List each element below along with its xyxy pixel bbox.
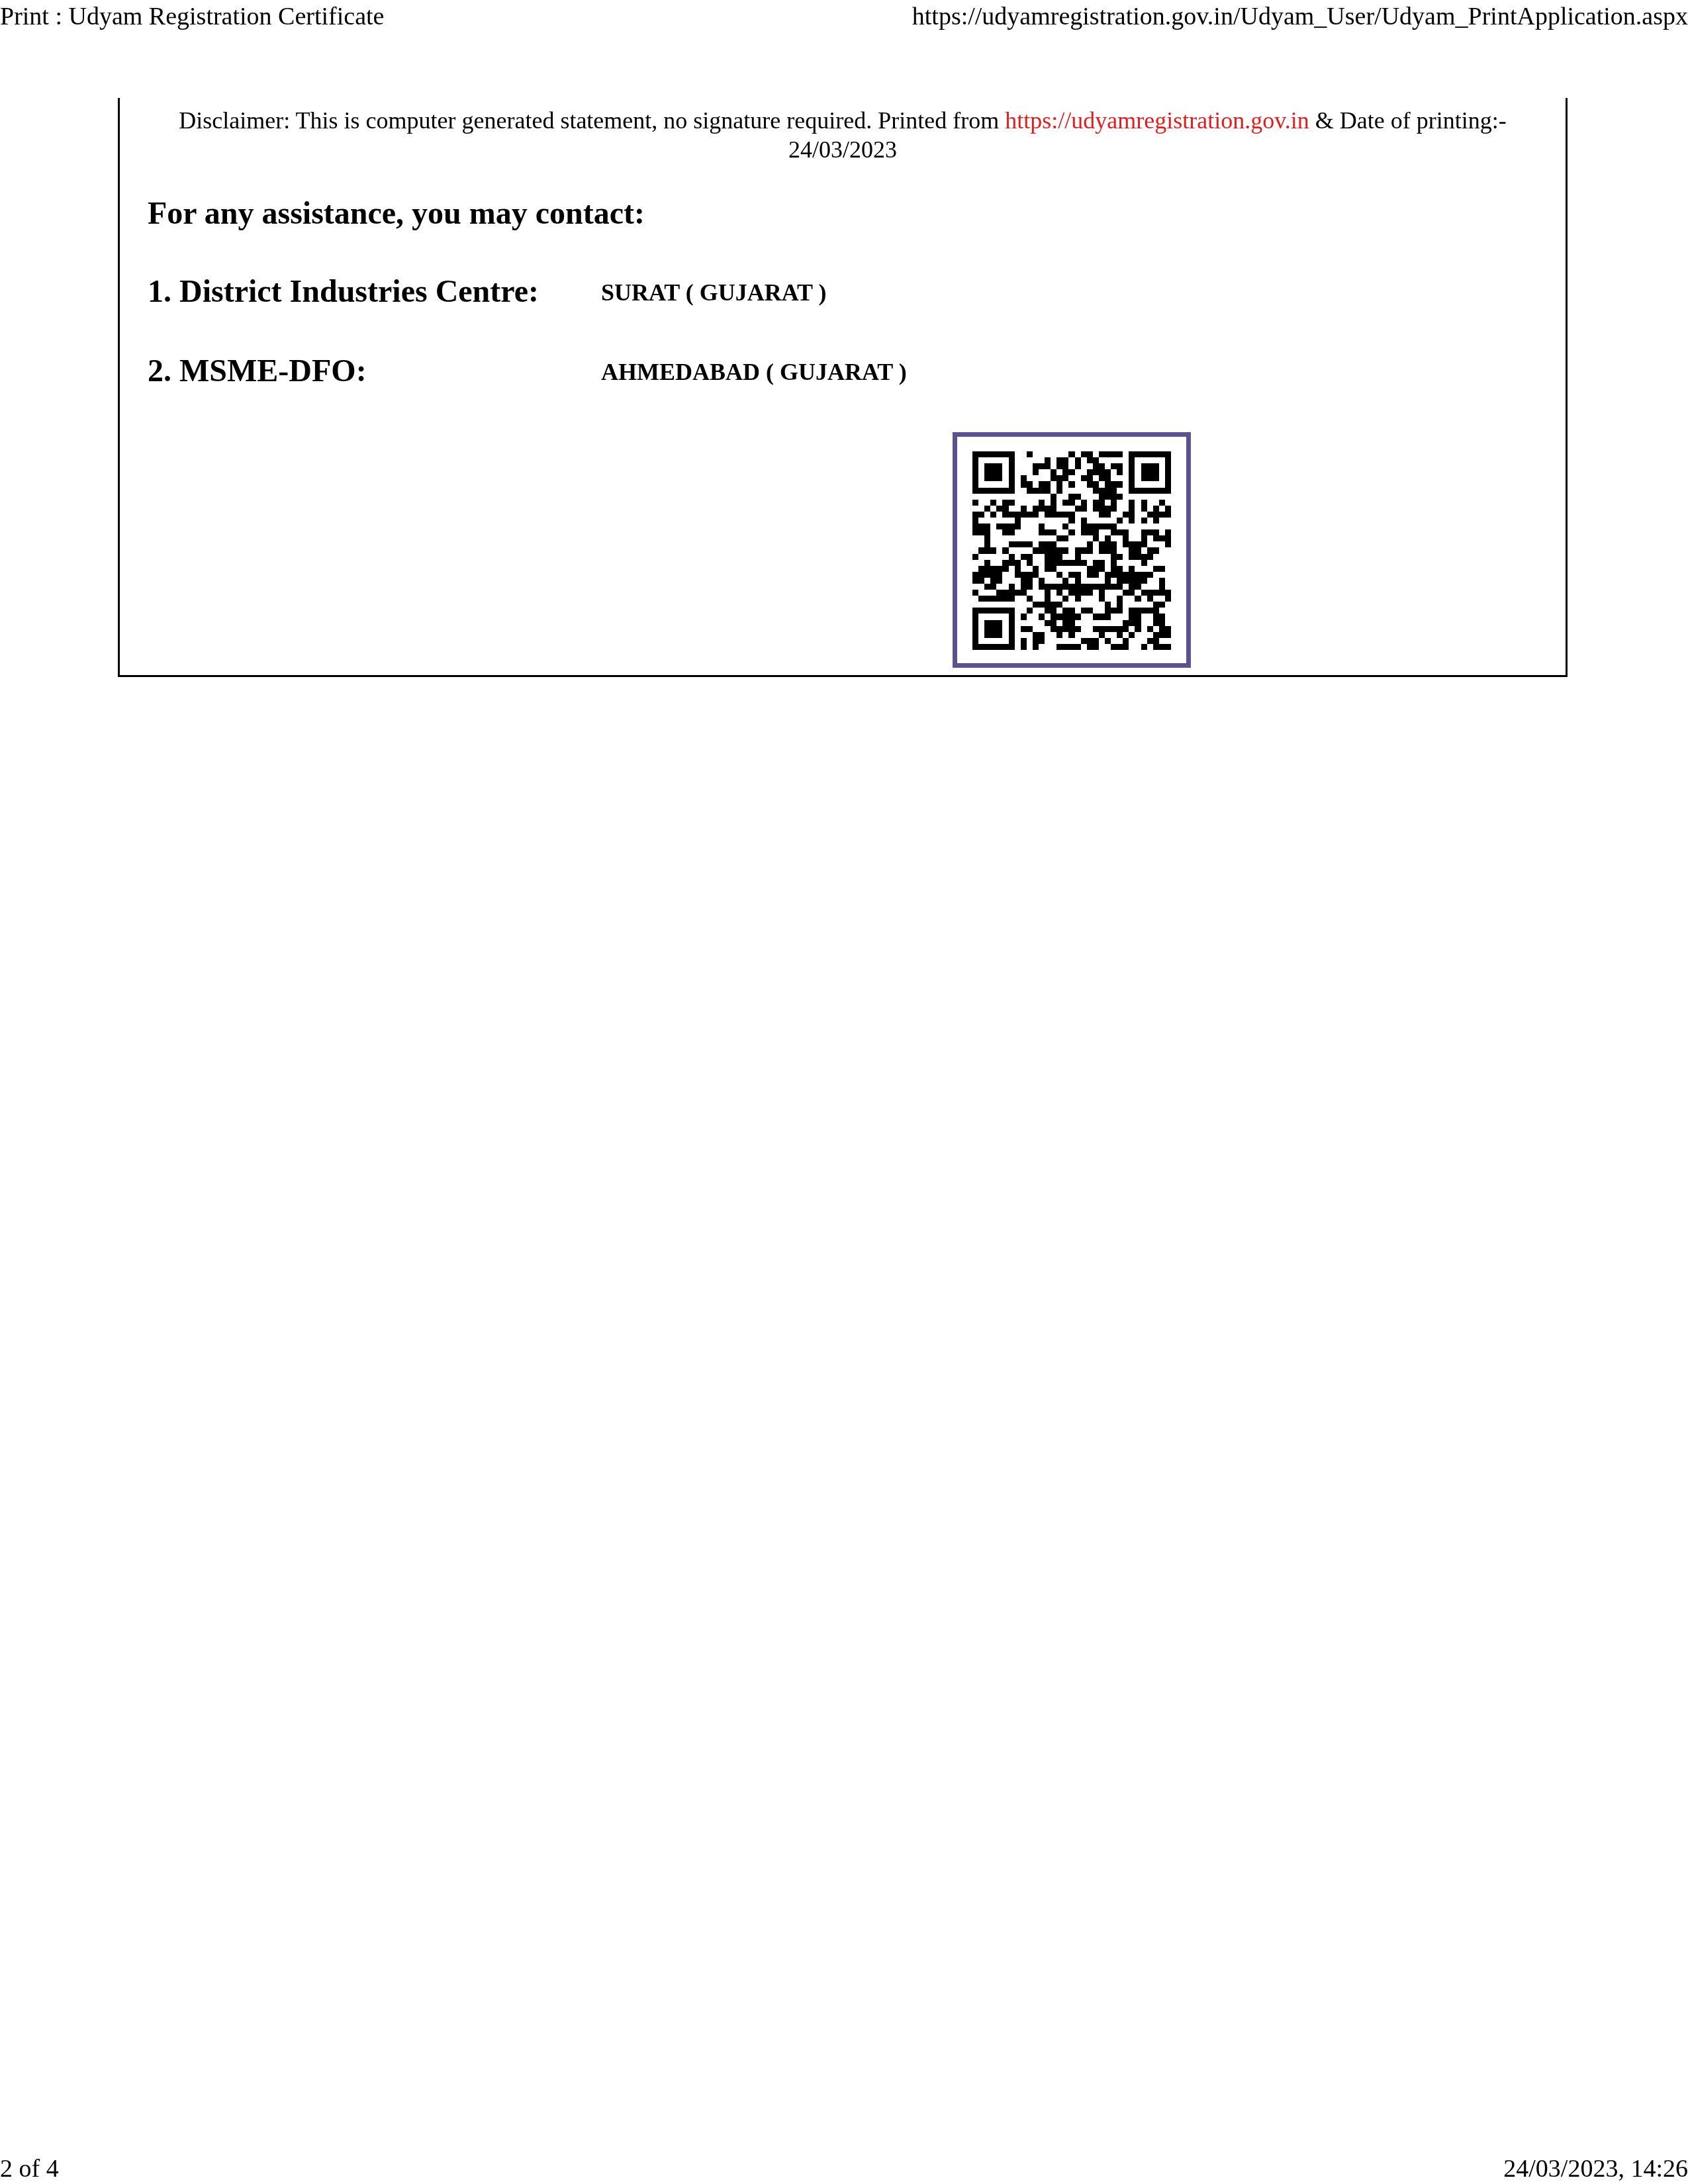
disclaimer: Disclaimer: This is computer generated s… bbox=[146, 106, 1539, 164]
contact-label: 2. MSME-DFO: bbox=[148, 351, 367, 391]
qr-code-frame bbox=[953, 432, 1191, 668]
qr-code-icon bbox=[972, 451, 1171, 650]
print-header-url: https://udyamregistration.gov.in/Udyam_U… bbox=[912, 0, 1688, 33]
assistance-heading: For any assistance, you may contact: bbox=[148, 194, 645, 234]
udyam-portal-link[interactable]: https://udyamregistration.gov.in bbox=[1005, 107, 1309, 134]
contact-value: AHMEDABAD ( GUJARAT ) bbox=[601, 355, 907, 388]
page-indicator: 2 of 4 bbox=[0, 2152, 59, 2184]
print-header-title: Print : Udyam Registration Certificate bbox=[0, 0, 384, 33]
contact-label: 1. District Industries Centre: bbox=[148, 272, 539, 312]
printed-timestamp: 24/03/2023, 14:26 bbox=[1503, 2152, 1688, 2184]
certificate-section: Disclaimer: This is computer generated s… bbox=[118, 98, 1568, 677]
disclaimer-text: Disclaimer: This is computer generated s… bbox=[179, 107, 1005, 134]
contact-value: SURAT ( GUJARAT ) bbox=[601, 276, 826, 309]
